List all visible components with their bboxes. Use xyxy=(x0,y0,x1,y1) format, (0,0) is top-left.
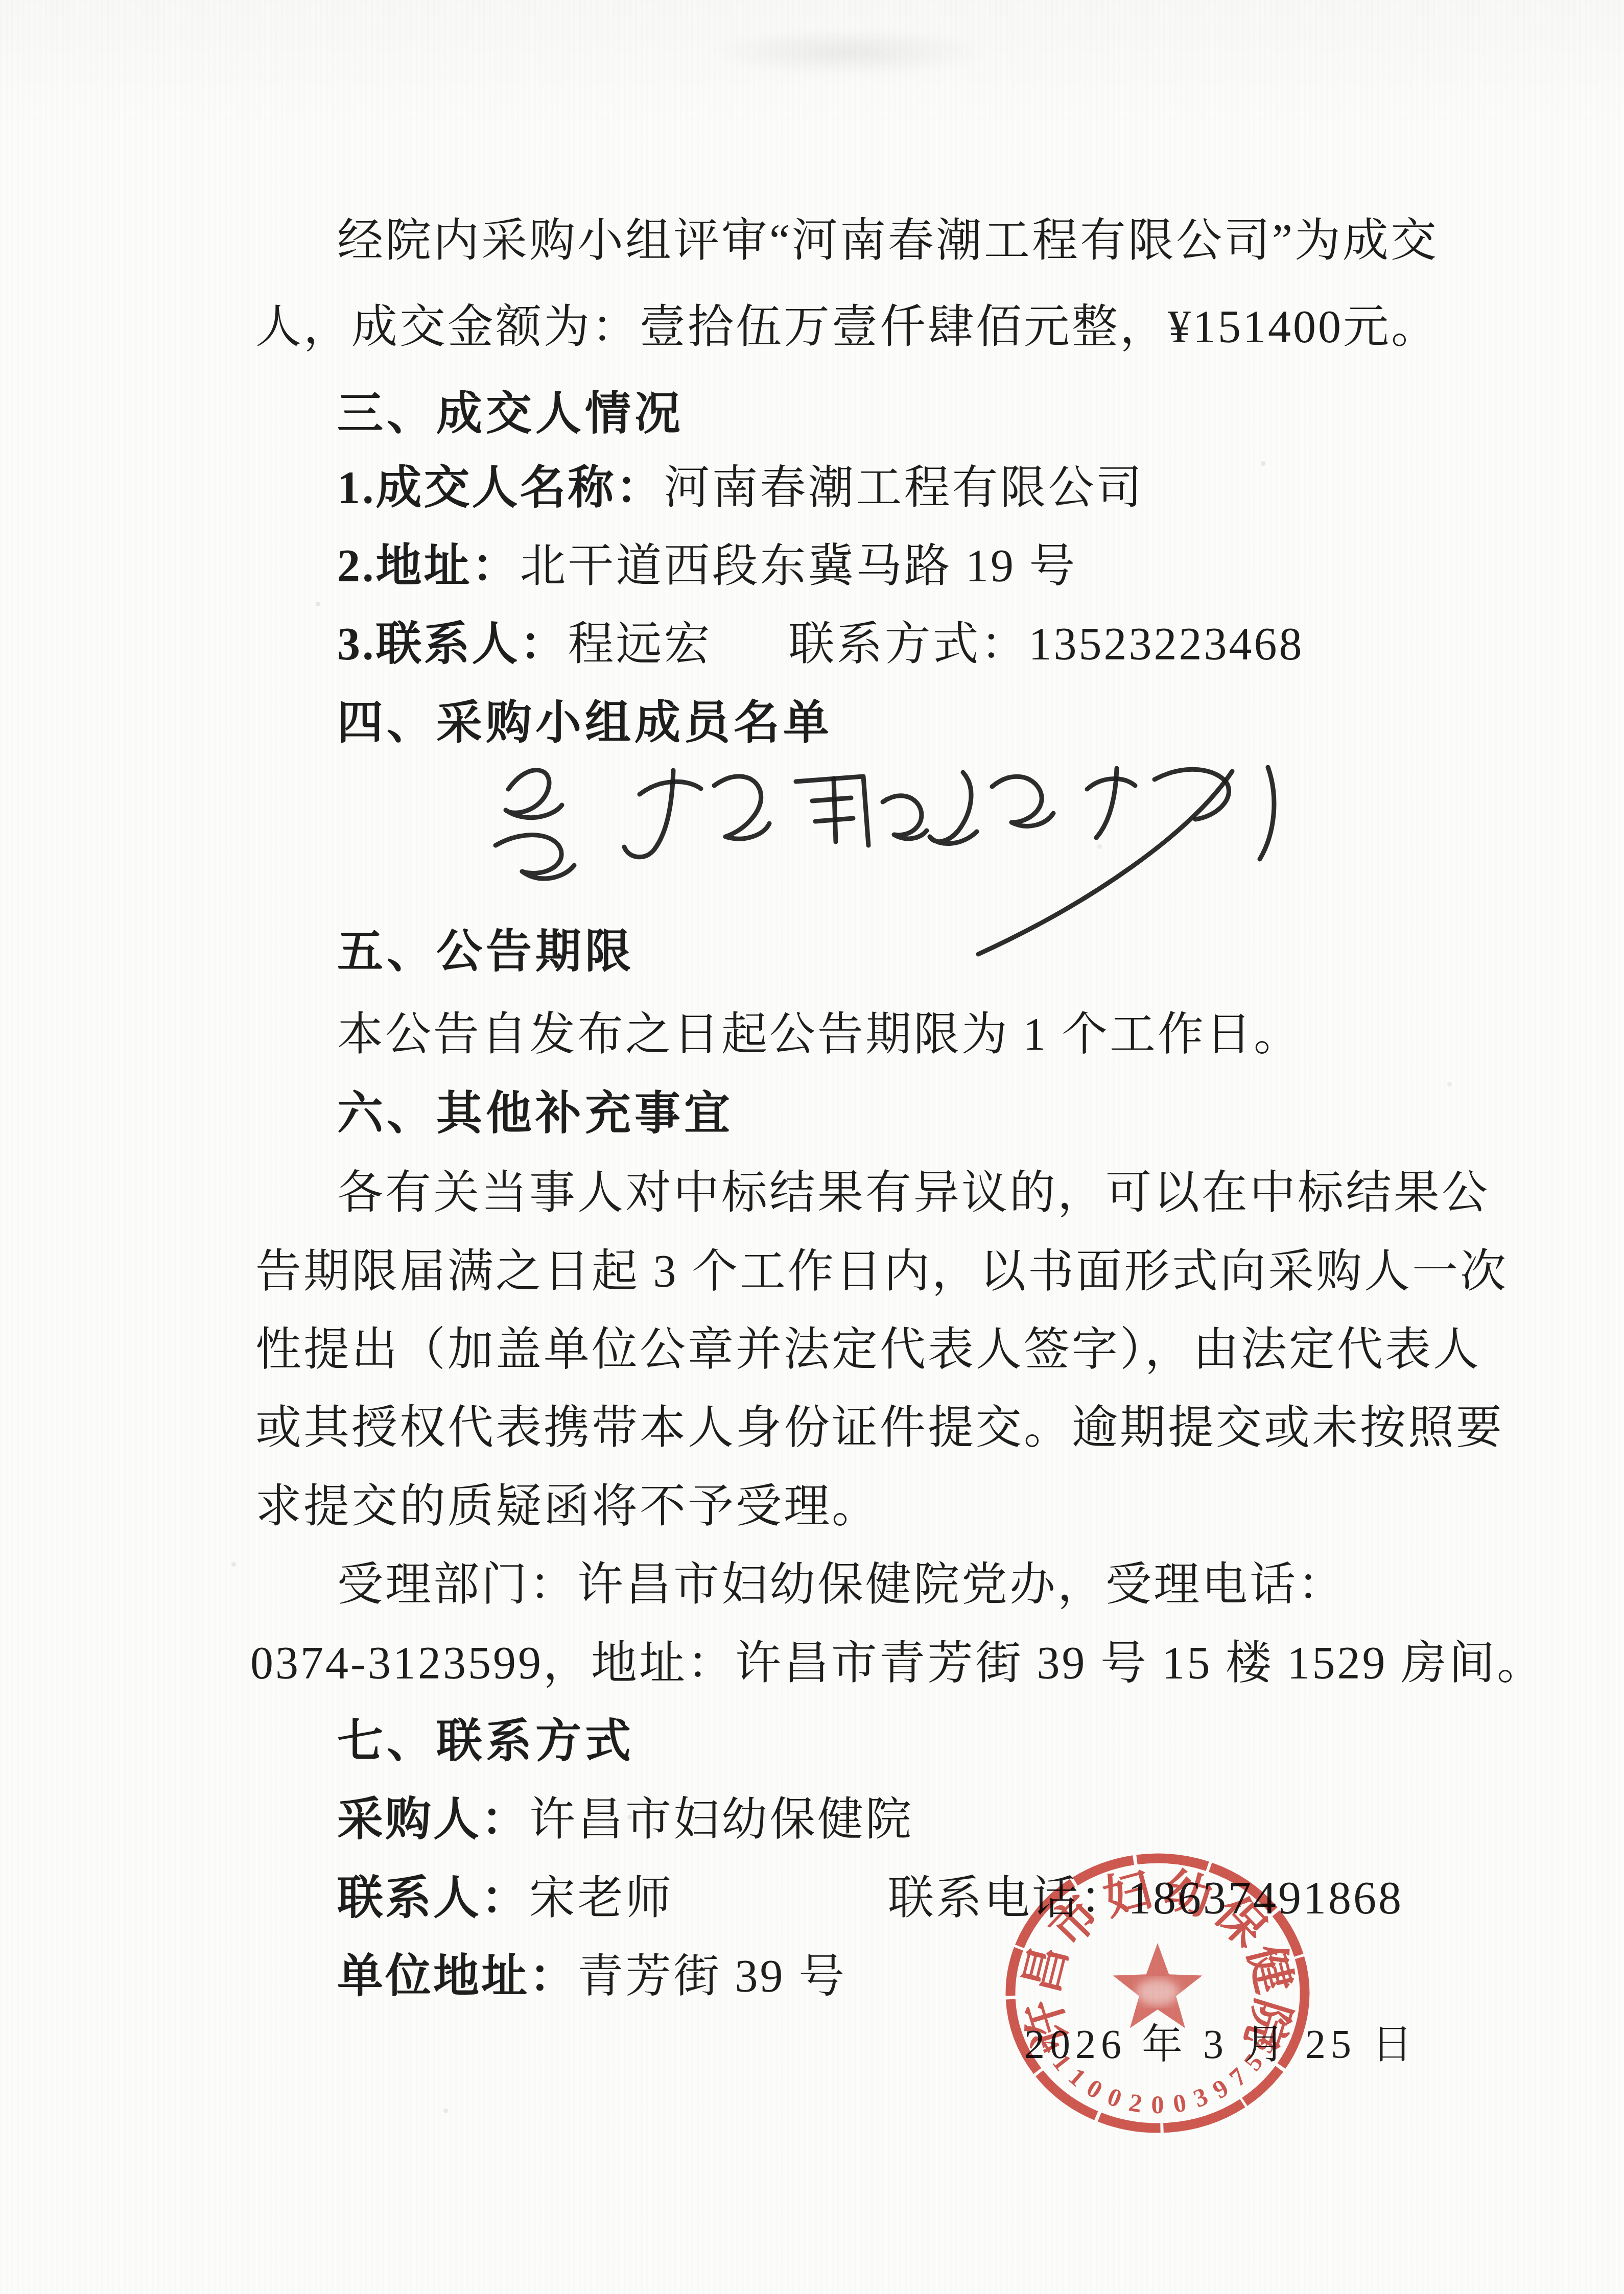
intro-line-1: 经院内采购小组评审“河南春潮工程有限公司”为成交 xyxy=(337,214,1439,268)
seal-digit: 3 xyxy=(1189,2082,1211,2113)
seal-char: 妇 xyxy=(1098,1863,1157,1925)
accept-line-2: 0374-3123599，地址：许昌市青芳街 39 号 15 楼 1529 房间… xyxy=(250,1637,1545,1691)
seal-digit: 0 xyxy=(1171,2088,1188,2118)
signature-4 xyxy=(930,772,1053,843)
seal-digit: 0 xyxy=(1103,2082,1125,2113)
seal-star-void xyxy=(1136,1979,1179,2005)
unit-address-label: 单位地址： xyxy=(337,1951,577,2002)
other-line-4: 或其授权代表携带本人身份证件提交。逾期提交或未按照要 xyxy=(255,1401,1504,1455)
section-5-heading: 五、公告期限 xyxy=(337,925,634,979)
buyer-value: 许昌市妇幼保健院 xyxy=(529,1794,913,1845)
accept-line-1: 受理部门：许昌市妇幼保健院党办，受理电话： xyxy=(337,1558,1346,1612)
unit-address-value: 青芳街 39 号 xyxy=(577,1951,846,2002)
winner-address-value: 北干道西段东冀马路 19 号 xyxy=(520,541,1077,592)
winner-address-row: 2.地址：北干道西段东冀马路 19 号 xyxy=(337,539,1077,594)
buyer-row: 采购人：许昌市妇幼保健院 xyxy=(337,1793,913,1847)
winner-address-label: 2.地址： xyxy=(337,541,520,592)
signature-2 xyxy=(624,770,769,857)
seal-digit: 0 xyxy=(1151,2090,1164,2119)
seal-digit: 1 xyxy=(1047,2048,1077,2076)
winner-contact-value: 程远宏 xyxy=(568,619,712,670)
seal-digit: 9 xyxy=(1208,2073,1233,2104)
seal-char: 幼 xyxy=(1158,1863,1217,1925)
buyer-label: 采购人： xyxy=(337,1794,529,1845)
winner-phone-value: 13523223468 xyxy=(1029,619,1304,670)
contact-person-label: 联系人： xyxy=(337,1873,529,1924)
scan-smudge xyxy=(705,28,991,77)
winner-name-value: 河南春潮工程有限公司 xyxy=(664,463,1144,513)
period-body: 本公告自发布之日起公告期限为 1 个工作日。 xyxy=(337,1008,1302,1062)
official-seal: 许 昌 市 妇 幼 保 健 院 4 1 1 0 0 2 0 0 3 9 7 5 … xyxy=(986,1839,1333,2156)
winner-phone-label: 联系方式： xyxy=(789,619,1029,670)
section-7-heading: 七、联系方式 xyxy=(337,1715,634,1769)
signature-5 xyxy=(978,767,1274,954)
other-line-2: 告期限届满之日起 3 个工作日内，以书面形式向采购人一次 xyxy=(255,1245,1508,1299)
document-page: 经院内采购小组评审“河南春潮工程有限公司”为成交 人，成交金额为：壹拾伍万壹仟肆… xyxy=(0,0,1624,2294)
winner-contact-label: 3.联系人： xyxy=(337,619,568,670)
seal-digit: 1 xyxy=(1063,2062,1092,2092)
seal-char: 健 xyxy=(1238,1940,1300,1998)
scan-specks xyxy=(0,0,3,3)
other-line-1: 各有关当事人对中标结果有异议的，可以在中标结果公 xyxy=(337,1166,1490,1220)
other-line-5: 求提交的质疑函将不予受理。 xyxy=(255,1480,880,1534)
winner-name-row: 1.成交人名称：河南春潮工程有限公司 xyxy=(337,461,1144,515)
other-line-3: 性提出（加盖单位公章并法定代表人签字），由法定代表人 xyxy=(255,1323,1481,1377)
section-3-heading: 三、成交人情况 xyxy=(337,387,684,441)
unit-address-row: 单位地址：青芳街 39 号 xyxy=(337,1950,846,2004)
seal-digit: 0 xyxy=(1082,2073,1108,2104)
signature-1 xyxy=(496,770,574,879)
seal-char: 昌 xyxy=(1015,1940,1076,1998)
intro-line-2: 人，成交金额为：壹拾伍万壹仟肆佰元整，¥151400元。 xyxy=(255,300,1439,354)
seal-digit: 2 xyxy=(1127,2088,1144,2118)
contact-person-value: 宋老师 xyxy=(529,1873,673,1924)
signature-3 xyxy=(796,776,927,845)
winner-contact-row: 3.联系人：程远宏联系方式：13523223468 xyxy=(337,618,1304,672)
section-6-heading: 六、其他补充事宜 xyxy=(337,1087,734,1141)
winner-name-label: 1.成交人名称： xyxy=(337,463,664,513)
